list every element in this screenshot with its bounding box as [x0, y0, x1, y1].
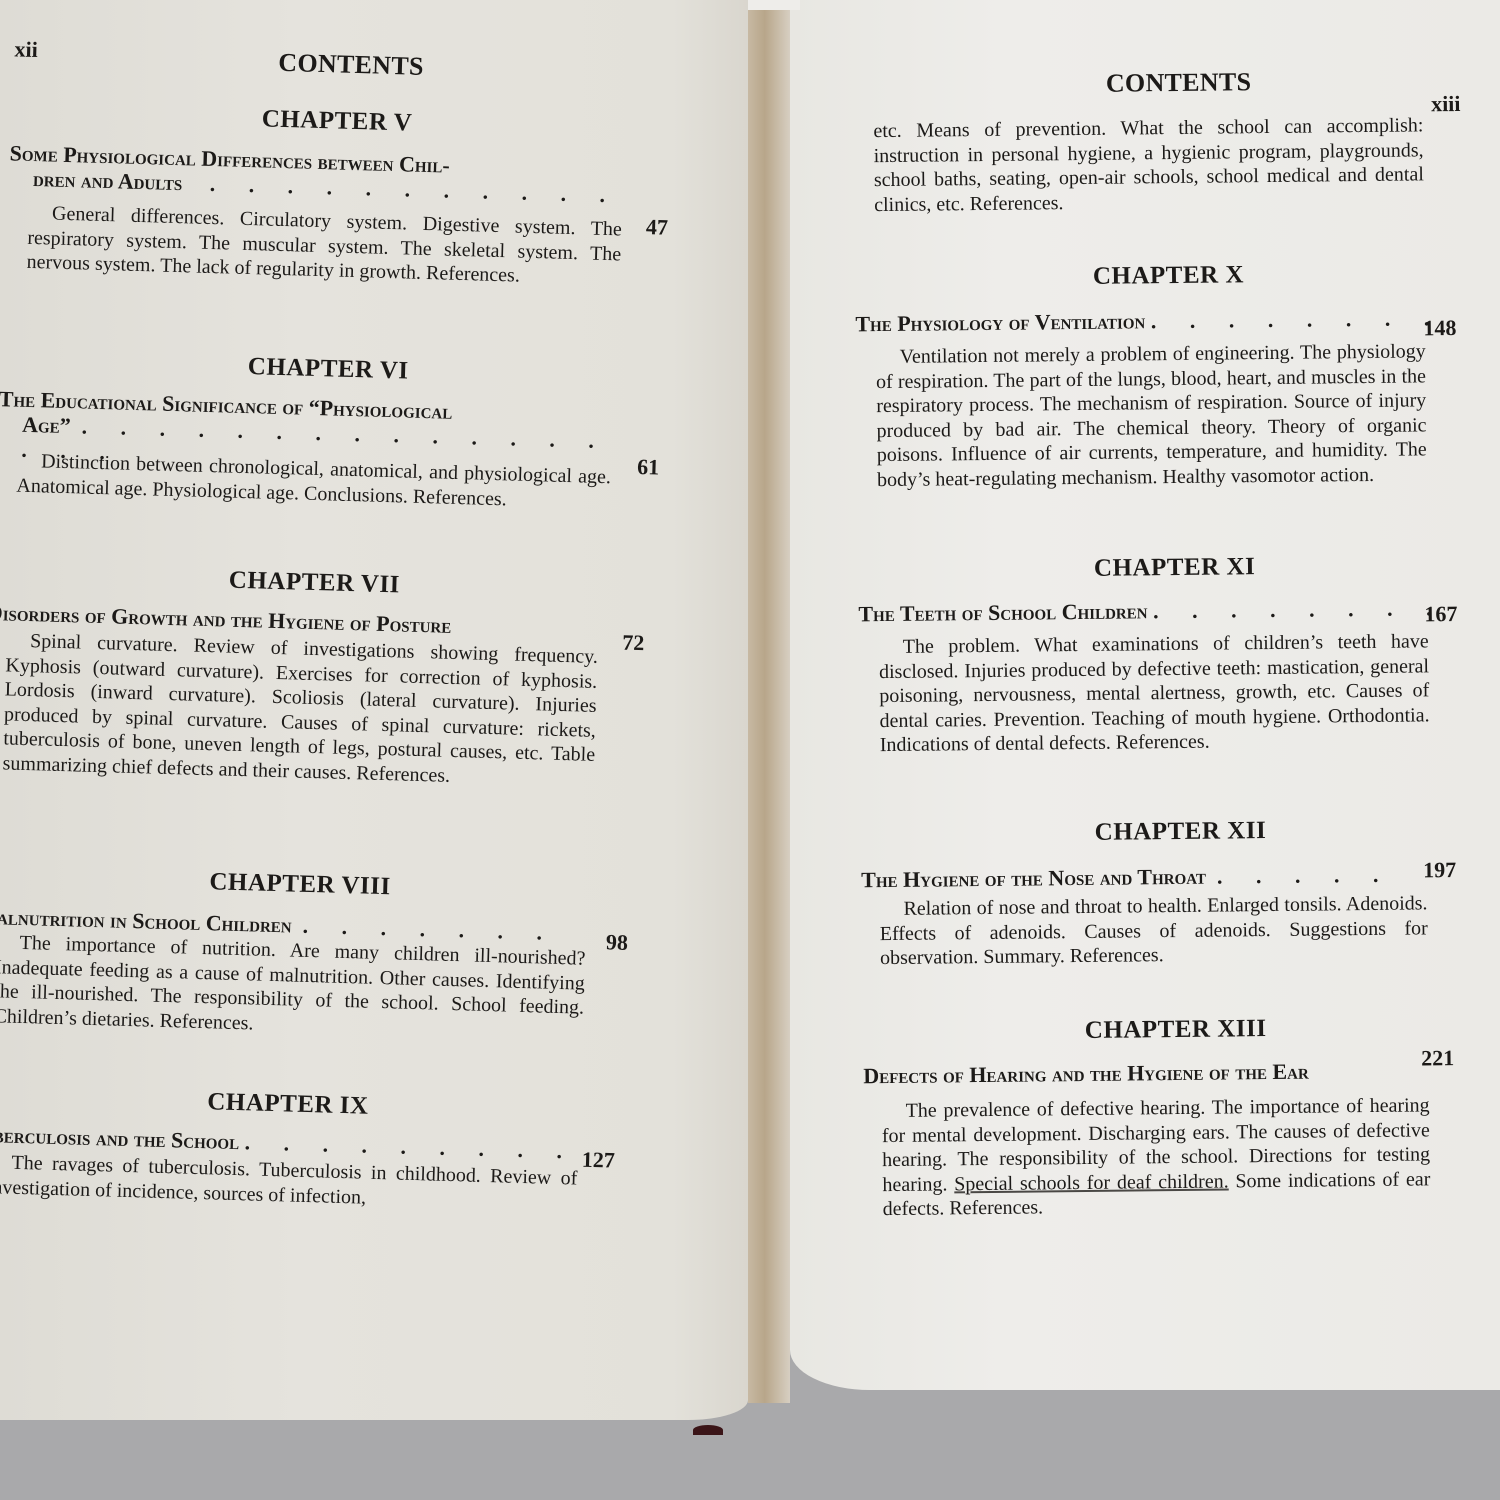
chapter-heading: CHAPTER XII	[1095, 817, 1267, 847]
page-number: 72	[622, 630, 645, 657]
right-page-content: CONTENTS xiii etc. Means of prevention. …	[790, 0, 1500, 1390]
page-number: 197	[1423, 857, 1456, 883]
pencil-underlined-text: Special schools for deaf children.	[954, 1170, 1229, 1195]
chapter-title: The Hygiene of the Nose and Throat . . .…	[861, 861, 1461, 892]
chapter-heading: CHAPTER VI	[247, 353, 409, 385]
page-number: 98	[606, 929, 629, 956]
chapter-summary: The problem. What examinations of childr…	[879, 629, 1430, 757]
continued-summary: etc. Means of prevention. What the schoo…	[873, 113, 1424, 217]
chapter-summary: Ventilation not merely a problem of engi…	[876, 339, 1428, 492]
left-page-content: xii CONTENTS CHAPTER V Some Physiologica…	[0, 0, 748, 1440]
running-head: CONTENTS	[278, 48, 424, 82]
chapter-title: The Physiology of Ventilation . . . . . …	[855, 305, 1455, 336]
chapter-summary: Relation of nose and throat to health. E…	[879, 891, 1428, 970]
page-number: 61	[637, 454, 660, 481]
chapter-summary: General differences. Circulatory system.…	[26, 201, 622, 291]
page-number: 47	[646, 214, 669, 241]
title-line: The Physiology of Ventilation	[855, 308, 1145, 336]
page-number: 221	[1421, 1045, 1454, 1071]
title-line: The Teeth of School Children	[858, 598, 1147, 626]
chapter-heading: CHAPTER XI	[1094, 553, 1256, 583]
title-line: dren and Adults	[33, 166, 183, 195]
page-number: 167	[1424, 601, 1457, 627]
chapter-heading: CHAPTER IX	[207, 1088, 369, 1120]
page-folio: xiii	[1431, 91, 1461, 117]
title-line: Tuberculosis and the School	[0, 1122, 240, 1155]
chapter-heading: CHAPTER XIII	[1085, 1015, 1267, 1045]
chapter-summary: The prevalence of defective hearing. The…	[882, 1093, 1431, 1221]
chapter-title: The Teeth of School Children . . . . . .…	[858, 595, 1458, 626]
running-head: CONTENTS	[1106, 67, 1252, 99]
page-folio: xii	[14, 36, 38, 63]
leader-dots: . . . . . . . .	[1153, 595, 1446, 623]
page-number: 148	[1423, 315, 1456, 341]
chapter-heading: CHAPTER VII	[228, 567, 400, 600]
chapter-summary: Spinal curvature. Review of investigatio…	[2, 628, 598, 791]
page-number: 127	[581, 1147, 615, 1174]
chapter-summary: The importance of nutrition. Are many ch…	[0, 930, 586, 1044]
title-line: Defects of Hearing and the Hygiene of th…	[863, 1057, 1463, 1088]
leader-dots: . . . . .	[1217, 862, 1393, 889]
chapter-heading: CHAPTER VIII	[209, 868, 391, 901]
chapter-heading: CHAPTER V	[261, 105, 412, 137]
book-gutter	[748, 8, 790, 1403]
chapter-title: Some Physiological Differences between C…	[9, 140, 650, 208]
title-line: The Hygiene of the Nose and Throat	[861, 864, 1206, 893]
leader-dots: . . . . . . . .	[1151, 305, 1444, 333]
chapter-heading: CHAPTER X	[1093, 261, 1244, 291]
chapter-title: Defects of Hearing and the Hygiene of th…	[863, 1057, 1463, 1088]
title-line: Age”	[22, 412, 71, 438]
